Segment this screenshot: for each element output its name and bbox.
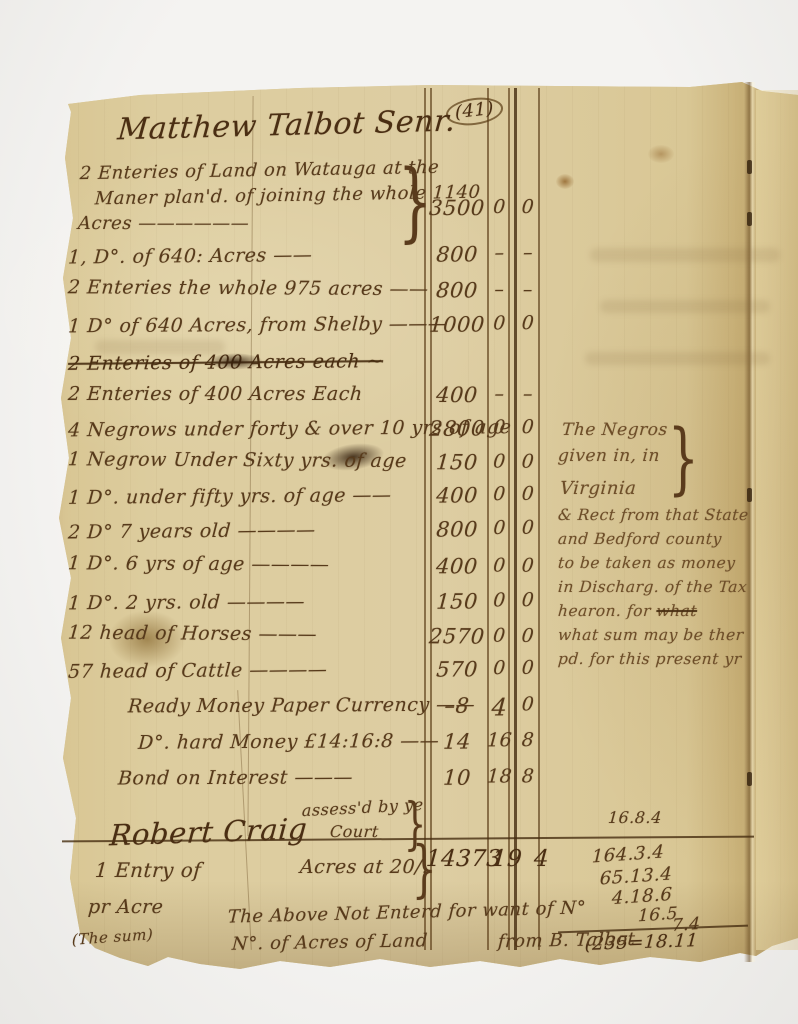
amount-pence: 0 [513,196,543,218]
amount-pence: 0 [513,312,542,334]
bottom-note: from B. Talbot [497,929,636,952]
amount-pence: 8 [513,765,542,787]
amount-pence: 0 [513,589,542,611]
amount-pounds: 14 [427,729,487,753]
row-desc-struck: 2 Enteries of 400 Acres each ~ [67,350,383,375]
stitch-hole [747,488,752,502]
entry-line: Acres —————— [77,213,250,234]
amount-shillings: 18 [486,765,512,787]
row-desc: 1 Negrow Under Sixty yrs. of age [67,448,408,472]
margin-line: pd. for this present yr [557,650,742,668]
margin-line: Virginia [559,478,637,499]
amount-shillings: 0 [486,589,512,611]
margin-line: & Rect from that State [557,506,749,524]
amount-shillings: – [486,278,513,300]
row-desc: Bond on Interest ——— [117,766,353,789]
amount-pence: – [513,241,542,263]
second-account-name: Robert Craig [109,812,309,853]
amount-shillings: 0 [486,554,513,576]
amount-pence: 0 [513,416,542,438]
stitch-hole [747,160,752,174]
row-desc: 1 D° of 640 Acres, from Shelby ——— [67,313,448,338]
amount-pounds: 570 [427,657,486,682]
entry-brace: } [398,152,432,252]
row-desc: D°. hard Money £14:16:8 —— [137,730,440,754]
amount-shillings: – [486,383,513,405]
amount-pounds: 800 [427,278,487,302]
margin-line: The Negros [561,420,668,440]
amount-pounds: 400 [427,483,486,508]
stitch-hole [747,772,752,786]
margin-brace: } [668,414,699,504]
amount-pence: 0 [513,693,542,715]
row-desc: 1 D°. 6 yrs of age ———— [67,552,330,575]
margin-line: to be taken as money [557,554,736,572]
amount-pounds: 150 [427,450,487,474]
amount-pounds: 400 [427,554,487,578]
amount-pounds: 800 [427,242,486,267]
amount-shillings: 0 [486,657,512,679]
grand-total-pence: 4 [533,846,550,872]
amount-shillings: 0 [486,517,512,539]
margin-line: in Discharg. of the Tax [557,578,747,596]
subtotal-above-line: 16.8.4 [607,808,662,827]
struck-word: what [656,602,698,620]
amount-shillings: 0 [486,312,512,334]
amount-shillings: 0 [486,483,512,505]
amount-pounds: 150 [427,589,487,613]
row-desc: 1, D°. of 640: Acres —— [67,244,312,269]
amount-pounds: 3500 [427,196,487,220]
row-desc: 57 head of Cattle ———— [67,659,328,683]
amount-shillings: 0 [486,196,513,218]
row-desc: 1 D°. 2 yrs. old ———— [67,591,305,615]
photo-backdrop: (41) Matthew Talbot Senr. 2 Enteries of … [0,0,798,1024]
grand-total-shillings: 19 [491,846,523,872]
row-desc: 1 D°. under fifty yrs. of age —— [67,484,392,509]
row-desc: 12 head of Horses ——— [67,622,318,646]
amount-shillings: 0 [486,416,512,438]
amount-pence: 0 [513,657,542,679]
amount-shillings: 4 [486,693,513,721]
assessed-note: Court [329,822,379,841]
amount-shillings: 0 [486,450,513,472]
amount-shillings: – [486,242,512,264]
amount-pence: – [513,279,543,301]
margin-line: hearon. for what [557,602,697,620]
entry-note: 1 Entry of [94,858,202,882]
amount-pounds: –8 [427,694,487,718]
amount-pence: 0 [513,483,542,505]
amount-shillings: 0 [486,625,513,647]
amount-shillings: 16 [486,729,512,751]
per-acre-note: pr Acre [87,896,164,918]
acres-note: Acres at 20/. [299,856,429,878]
amount-pounds: 2570 [427,624,487,648]
margin-line: given in, in [557,446,660,466]
amount-pounds: 800 [427,517,486,542]
amount-pounds: 2800 [427,416,487,440]
amount-pence: 0 [513,451,543,473]
margin-line: and Bedford county [557,530,722,548]
amount-pence: 0 [513,516,542,538]
margin-line: what sum may be ther [557,626,744,644]
amount-pence: 8 [513,729,542,751]
amount-pence: 0 [513,625,543,647]
row-desc: 2 Enteries of 400 Acres Each [67,383,363,405]
row-desc: 2 Enteries the whole 975 acres —— [67,276,429,300]
amount-pounds: 1000 [427,312,487,336]
amount-pounds: 10 [427,766,487,790]
next-page-edge [756,90,798,950]
amount-pence: 0 [513,555,543,577]
row-desc: Ready Money Paper Currency —— [127,694,476,718]
stitch-hole [747,212,752,226]
row-desc: 2 D° 7 years old ———— [67,519,316,544]
bottom-note: N°. of Acres of Land [231,930,428,954]
amount-pounds: 400 [427,383,487,407]
amount-pence: – [513,383,543,405]
